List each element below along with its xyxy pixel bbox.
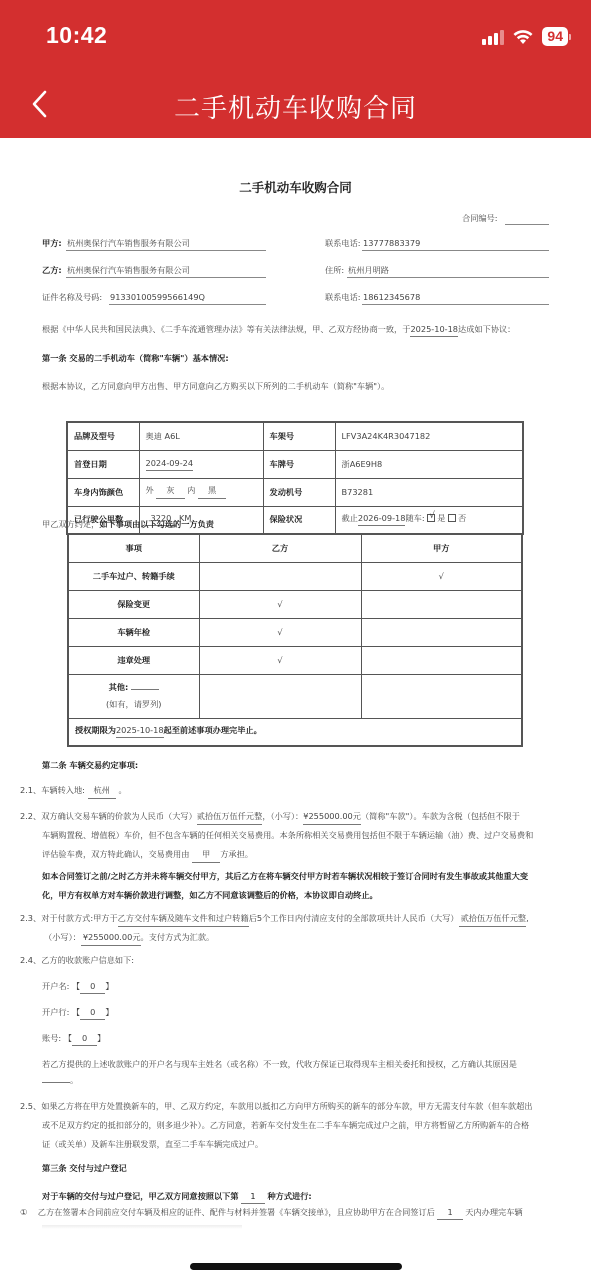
home-indicator[interactable] bbox=[190, 1263, 402, 1270]
clipped-text bbox=[42, 1225, 242, 1229]
brand-label: 品牌及型号 bbox=[67, 422, 139, 450]
reg-date-label: 首登日期 bbox=[67, 450, 139, 478]
table-row: 二手车过户、转籍手续 √ bbox=[68, 562, 522, 590]
reg-date-value: 2024-09-24 bbox=[146, 458, 194, 471]
party-b-name: 杭州奥保行汽车销售服务有限公司 bbox=[67, 265, 190, 276]
article3-intro: 对于车辆的交付与过户登记，甲乙双方同意按照以下第 1 种方式进行: bbox=[42, 1191, 312, 1204]
party-b-phone-label: 联系电话: bbox=[325, 292, 361, 303]
responsibility-table: 事项 乙方 甲方 二手车过户、转籍手续 √ 保险变更 √ 车辆年检 √ 违章处理… bbox=[67, 533, 523, 747]
clause-2-2: 2.2、双方确认交易车辆的价款为人民币（大写）贰拾伍万伍仟元整，（小写）：¥25… bbox=[20, 811, 520, 825]
battery-level: 94 bbox=[542, 27, 568, 46]
auth-date: 2025-10-18 bbox=[116, 725, 164, 738]
account-no-row: 账号: 【0】 bbox=[42, 1033, 105, 1046]
clause-2-1: 2.1、车辆转入地: 杭州 。 bbox=[20, 785, 127, 799]
method-number: 1 bbox=[241, 1191, 264, 1204]
party-b-id-label: 证件名称及号码: bbox=[42, 292, 102, 303]
table-row: 保险变更 √ bbox=[68, 590, 522, 618]
col-header-party-b: 乙方 bbox=[199, 534, 361, 562]
party-a-name: 杭州奥保行汽车销售服务有限公司 bbox=[67, 238, 190, 249]
article3-item1: ① 乙方在签署本合同前应交付车辆及相应的证件、配件与材料并签署《车辆交接单》，且… bbox=[20, 1207, 523, 1220]
fee-party: 甲 bbox=[192, 849, 220, 863]
insurance-yes-checkbox[interactable]: √ bbox=[427, 514, 435, 522]
article2-heading: 第二条 车辆交易约定事项: bbox=[42, 760, 138, 771]
vin-value: LFV3A24K4R3047182 bbox=[335, 422, 523, 450]
col-header-party-a: 甲方 bbox=[361, 534, 522, 562]
payment-upper: 贰拾伍万伍仟元整 bbox=[459, 913, 527, 927]
status-icons: 94 bbox=[482, 27, 571, 46]
insurance-label: 保险状况 bbox=[263, 506, 335, 534]
bank-row: 开户行: 【0】 bbox=[42, 1007, 114, 1020]
clause-2-5: 2.5、如果乙方将在甲方处置换新车的，甲、乙双方约定，车款用以抵扣乙方向甲方所购… bbox=[20, 1101, 532, 1112]
account-name-field[interactable]: 0 bbox=[80, 981, 105, 994]
party-a-phone: 13777883379 bbox=[363, 238, 420, 248]
plate-label: 车牌号 bbox=[263, 450, 335, 478]
account-no-field[interactable]: 0 bbox=[72, 1033, 97, 1046]
col-header-item: 事项 bbox=[68, 534, 199, 562]
table-row: 违章处理 √ bbox=[68, 646, 522, 674]
battery-icon: 94 bbox=[542, 27, 571, 46]
page-title: 二手机动车收购合同 bbox=[0, 88, 591, 125]
table-row-other: 其他: (如有，请罗列) bbox=[68, 674, 522, 718]
article1-heading: 第一条 交易的二手机动车（简称"车辆"）基本情况: bbox=[42, 353, 229, 364]
article3-heading: 第三条 交付与过户登记 bbox=[42, 1163, 127, 1174]
status-time: 10:42 bbox=[46, 22, 107, 49]
party-a-label: 甲方: bbox=[42, 238, 62, 249]
vehicle-info-table: 品牌及型号 奥迪 A6L 车架号 LFV3A24K4R3047182 首登日期 … bbox=[66, 421, 524, 535]
engine-value: B73281 bbox=[335, 478, 523, 506]
party-b-address-label: 住所: bbox=[325, 265, 344, 276]
plate-value: 浙A6E9H8 bbox=[335, 450, 523, 478]
party-b-phone: 18612345678 bbox=[363, 292, 420, 302]
contract-no-field[interactable] bbox=[505, 224, 549, 225]
interior-color: 黑 bbox=[198, 485, 226, 499]
app-header: 10:42 94 二手机动车收购合同 bbox=[0, 0, 591, 138]
insurance-no-checkbox[interactable] bbox=[448, 514, 456, 522]
bank-field[interactable]: 0 bbox=[80, 1007, 105, 1020]
document-title: 二手机动车收购合同 bbox=[0, 178, 591, 196]
exterior-color: 灰 bbox=[156, 485, 184, 499]
responsibility-intro: 甲乙双方约定，如下事项由以下勾选的一方负责 bbox=[42, 519, 214, 530]
wifi-icon bbox=[512, 29, 534, 45]
agreement-date: 2025-10-18 bbox=[410, 324, 458, 337]
clause-2-3: 2.3、对于付款方式:甲方于乙方交付车辆及随车文件和过户转籍后5个工作日内付清应… bbox=[20, 913, 529, 927]
preamble: 根据《中华人民共和国民法典》、《二手车流通管理办法》等有关法律法规，甲、乙双方经… bbox=[42, 324, 515, 337]
reason-field[interactable]: 。 bbox=[42, 1075, 78, 1086]
insurance-date: 2026-09-18 bbox=[358, 513, 406, 526]
party-b-label: 乙方: bbox=[42, 265, 62, 276]
account-name-row: 开户名: 【0】 bbox=[42, 981, 114, 994]
clause-2-4: 2.4、乙方的收款账户信息如下: bbox=[20, 955, 134, 966]
article1-intro: 根据本协议，乙方同意向甲方出售、甲方同意向乙方购买以下所列的二手机动车（简称"车… bbox=[42, 381, 389, 392]
price-upper: 贰拾伍万伍仟元整 bbox=[197, 811, 263, 825]
brand-value: 奥迪 A6L bbox=[139, 422, 263, 450]
price-lower: ¥255000.00元 bbox=[303, 811, 361, 825]
party-b-id-number: 91330100599566149Q bbox=[110, 292, 205, 302]
other-field[interactable] bbox=[131, 682, 159, 690]
payment-lower: ¥255000.00元 bbox=[81, 932, 141, 946]
party-b-address: 杭州月明路 bbox=[348, 265, 389, 276]
signal-icon bbox=[482, 29, 504, 45]
engine-label: 发动机号 bbox=[263, 478, 335, 506]
contract-no-label: 合同编号: bbox=[462, 213, 498, 224]
party-a-phone-label: 联系电话: bbox=[325, 238, 361, 249]
transfer-city: 杭州 bbox=[88, 785, 116, 799]
table-row: 车辆年检 √ bbox=[68, 618, 522, 646]
vin-label: 车架号 bbox=[263, 422, 335, 450]
color-label: 车身内饰颜色 bbox=[67, 478, 139, 506]
handover-days: 1 bbox=[437, 1207, 462, 1220]
